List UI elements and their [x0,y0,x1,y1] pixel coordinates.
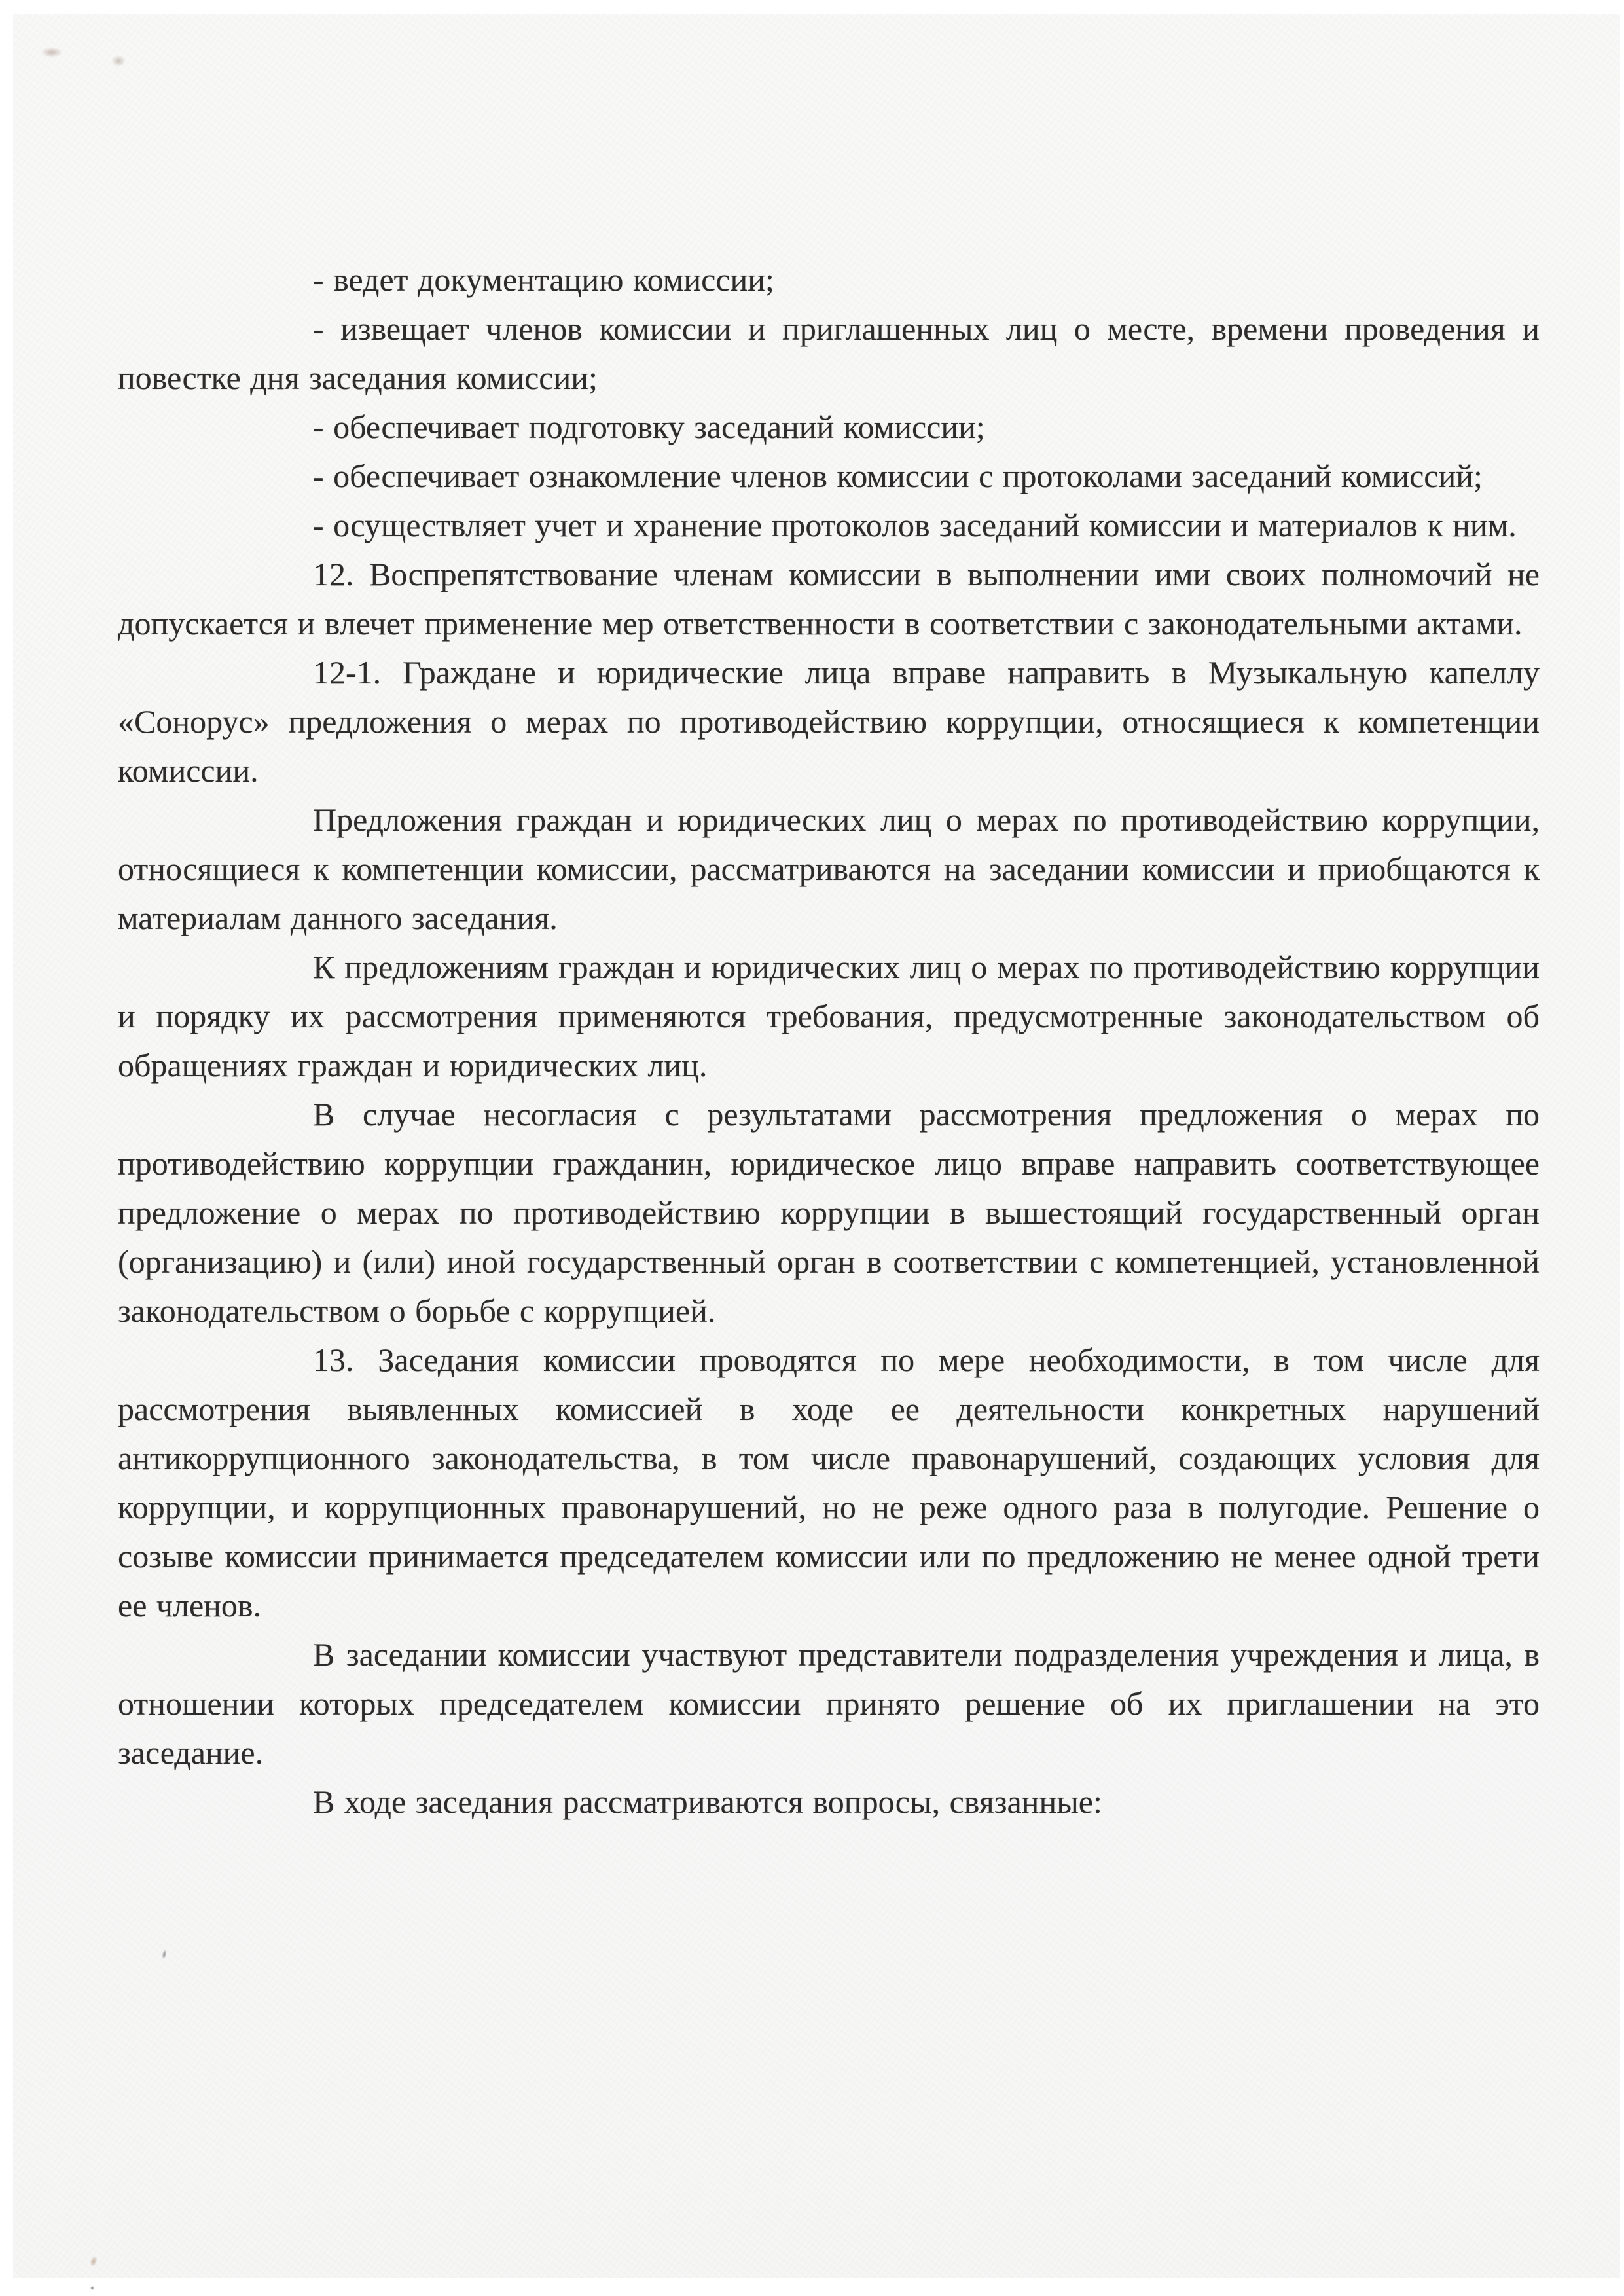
document-body: - ведет документацию комиссии;- извещает… [118,255,1540,1827]
paper-sheet: - ведет документацию комиссии;- извещает… [13,14,1620,2278]
paragraph: В случае несогласия с результатами рассм… [118,1090,1540,1336]
paragraph: - обеспечивает ознакомление членов комис… [118,452,1540,501]
paragraph: 13. Заседания комиссии проводятся по мер… [118,1336,1540,1630]
paragraph: К предложениям граждан и юридических лиц… [118,943,1540,1090]
paragraph: Предложения граждан и юридических лиц о … [118,795,1540,943]
scan-speck [90,2286,94,2290]
paragraph: - осуществляет учет и хранение протоколо… [118,501,1540,550]
paragraph: В заседании комиссии участвуют представи… [118,1630,1540,1777]
paragraph: В ходе заседания рассматриваются вопросы… [118,1777,1540,1827]
scan-speck [162,1950,168,1959]
scanned-page: { "page": { "kind": "scanned-document", … [0,0,1624,2296]
paragraph: 12. Воспрепятствование членам комиссии в… [118,550,1540,648]
paragraph: 12-1. Граждане и юридические лица вправе… [118,648,1540,795]
paragraph: - извещает членов комиссии и приглашенны… [118,304,1540,403]
scan-smudge [89,2255,99,2267]
scan-smudge [111,55,126,67]
scan-smudge [41,47,63,58]
paragraph: - обеспечивает подготовку заседаний коми… [118,403,1540,452]
paragraph: - ведет документацию комиссии; [118,255,1540,304]
